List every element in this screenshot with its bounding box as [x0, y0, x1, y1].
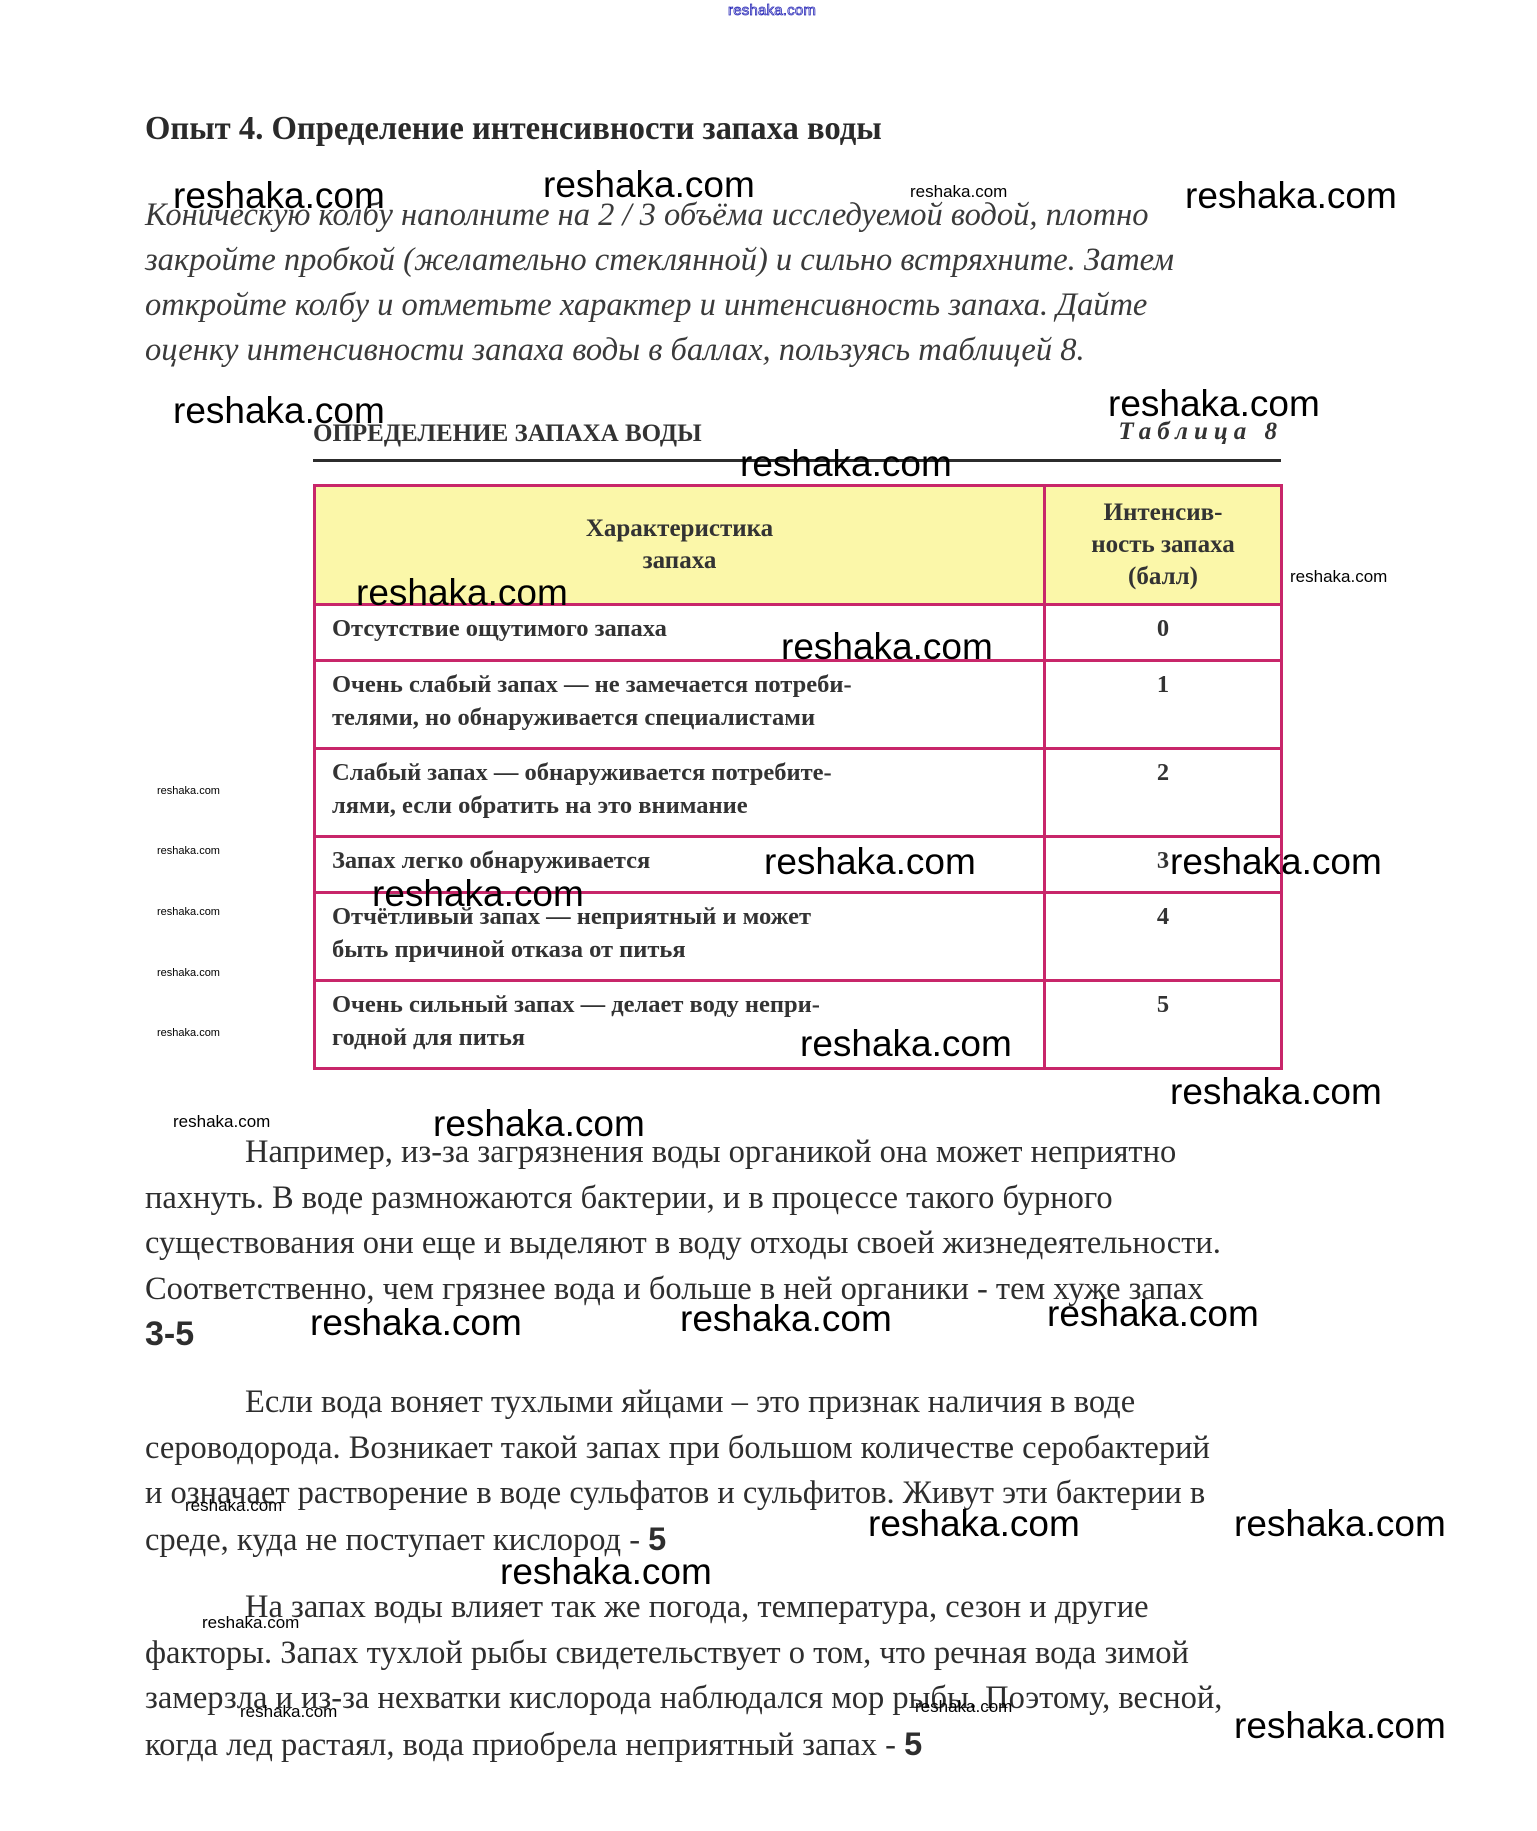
watermark: reshaka.com: [740, 445, 952, 482]
watermark: reshaka.com: [910, 183, 1007, 200]
header-line: ность запаха: [1052, 529, 1274, 561]
paragraph-line-text: когда лед растаял, вода приобрела неприя…: [145, 1727, 904, 1763]
watermark: reshaka.com: [240, 1703, 337, 1720]
header-line: (балл): [1052, 561, 1274, 593]
watermark: reshaka.com: [543, 166, 755, 203]
row-score: 5: [1045, 981, 1282, 1069]
watermark: reshaka.com: [310, 1304, 522, 1341]
instructions-line: откройте колбу и отметьте характер и инт…: [145, 283, 1435, 328]
watermark: reshaka.com: [915, 1698, 1012, 1715]
instructions-text: Коническую колбу наполните на 2 / 3 объё…: [145, 193, 1435, 373]
header-line: Интенсив-: [1052, 497, 1274, 529]
answer-score: 3-5: [145, 1315, 194, 1353]
watermark: reshaka.com: [1170, 1073, 1382, 1110]
header-line: Характеристика: [322, 513, 1037, 545]
watermark: reshaka.com: [433, 1105, 645, 1142]
description-line: телями, но обнаруживается специалистами: [332, 701, 1027, 734]
watermark: reshaka.com: [800, 1025, 1012, 1062]
description-line: Очень слабый запах — не замечается потре…: [332, 668, 1027, 701]
watermark: reshaka.com: [372, 875, 584, 912]
paragraph-line: Если вода воняет тухлыми яйцами – это пр…: [145, 1380, 1465, 1426]
watermark: reshaka.com: [1108, 385, 1320, 422]
description-line: лями, если обратить на это внимание: [332, 789, 1027, 822]
paragraph-line: Например, из-за загрязнения воды органик…: [145, 1130, 1465, 1176]
table-row: Очень слабый запах — не замечается потре…: [315, 661, 1282, 749]
paragraph-line: На запах воды влияет так же погода, темп…: [145, 1585, 1465, 1631]
watermark: reshaka.com: [173, 1113, 270, 1130]
table-row: Очень сильный запах — делает воду непри-…: [315, 981, 1282, 1069]
watermark: reshaka.com: [868, 1505, 1080, 1542]
paragraph-line: пахнуть. В воде размножаются бактерии, и…: [145, 1176, 1465, 1222]
table-row: Слабый запах — обнаруживается потребите-…: [315, 749, 1282, 837]
paragraph-line: сероводорода. Возникает такой запах при …: [145, 1426, 1465, 1472]
watermark: reshaka.com: [185, 1497, 282, 1514]
row-score: 1: [1045, 661, 1282, 749]
row-description: Слабый запах — обнаруживается потребите-…: [315, 749, 1045, 837]
watermark: reshaka.com: [202, 1614, 299, 1631]
watermark: reshaka.com: [157, 1028, 220, 1039]
instructions-line: закройте пробкой (желательно стеклянной)…: [145, 238, 1435, 283]
watermark: reshaka.com: [173, 392, 385, 429]
watermark: reshaka.com: [764, 843, 976, 880]
watermark: reshaka.com: [1047, 1295, 1259, 1332]
description-line: Очень сильный запах — делает воду непри-: [332, 988, 1027, 1021]
description-line: быть причиной отказа от питья: [332, 933, 1027, 966]
watermark: reshaka.com: [1234, 1505, 1446, 1542]
watermark: reshaka.com: [1234, 1707, 1446, 1744]
watermark: reshaka.com: [1170, 843, 1382, 880]
watermark: reshaka.com: [157, 786, 220, 797]
row-score: 0: [1045, 605, 1282, 661]
watermark: reshaka.com: [1290, 568, 1387, 585]
site-watermark-top[interactable]: reshaka.com: [728, 2, 816, 19]
description-line: Слабый запах — обнаруживается потребите-: [332, 756, 1027, 789]
instructions-line: оценку интенсивности запаха воды в балла…: [145, 328, 1435, 373]
watermark: reshaka.com: [356, 574, 568, 611]
header-intensity: Интенсив- ность запаха (балл): [1045, 486, 1282, 605]
answer-score: 5: [904, 1726, 922, 1762]
watermark: reshaka.com: [157, 846, 220, 857]
watermark: reshaka.com: [680, 1300, 892, 1337]
row-description: Очень слабый запах — не замечается потре…: [315, 661, 1045, 749]
watermark: reshaka.com: [1185, 177, 1397, 214]
watermark: reshaka.com: [157, 907, 220, 918]
watermark: reshaka.com: [781, 628, 993, 665]
paragraph-line: существования они еще и выделяют в воду …: [145, 1221, 1465, 1267]
watermark: reshaka.com: [173, 177, 385, 214]
experiment-heading: Опыт 4. Определение интенсивности запаха…: [145, 110, 882, 148]
watermark: reshaka.com: [157, 968, 220, 979]
row-score: 4: [1045, 893, 1282, 981]
watermark: reshaka.com: [500, 1553, 712, 1590]
paragraph-line: факторы. Запах тухлой рыбы свидетельству…: [145, 1631, 1465, 1677]
row-score: 2: [1045, 749, 1282, 837]
